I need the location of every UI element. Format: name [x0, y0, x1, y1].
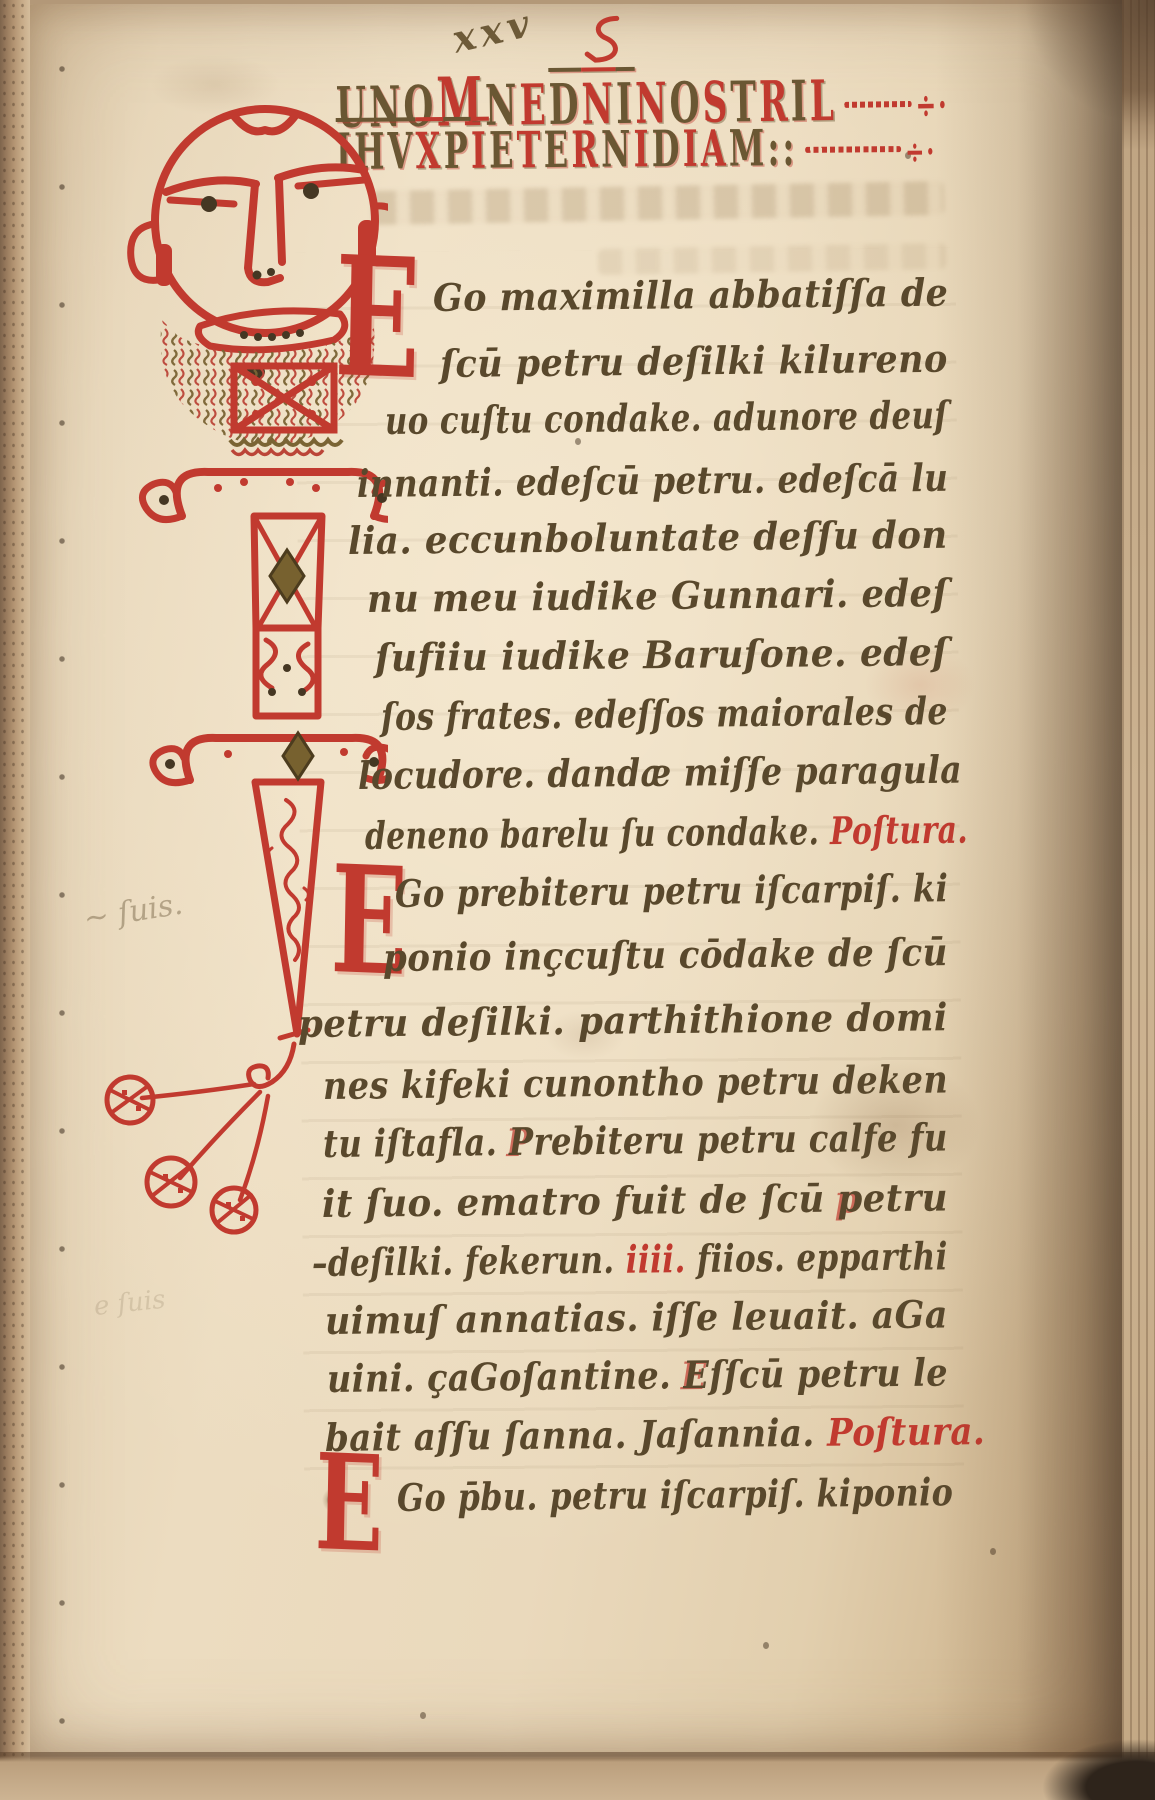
initial-letter-3: E	[314, 1452, 384, 1558]
text-segment: P	[509, 1119, 534, 1164]
text-line: ſcū petru deſilki kilureno	[440, 337, 948, 386]
text-segment: locudore. dandæ miſſe paragula	[358, 747, 963, 798]
text-segment: –deſilki. fekerun.	[312, 1237, 626, 1285]
marginal-annotation: e ſuis	[92, 1285, 166, 1322]
text-segment: ſos frates. edeſſos maiorales de	[381, 688, 948, 739]
text-line: –deſilki. fekerun. iiii. fiios. epparthi	[312, 1234, 948, 1285]
text-segment: rebiteru petru calfe fu	[533, 1114, 948, 1163]
adjacent-page-edge	[1122, 0, 1155, 1800]
text-segment: petru deſilki. parthithione domi	[298, 994, 948, 1046]
text-segment: Go prebiteru petru iſcarpiſ. ki	[395, 865, 949, 916]
text-segment: deneno barelu ſu condake.	[365, 808, 830, 858]
text-segment: ſcū petru deſilki kilureno	[440, 336, 948, 386]
page-stack-edge-bottom	[0, 1752, 1155, 1800]
text-segment: Go p̄bu. petru iſcarpiſ. kiponio	[397, 1469, 954, 1520]
text-segment: ponio inçcuſtu cōdake de ſcū	[383, 929, 948, 980]
text-line: ſos frates. edeſſos maiorales de	[381, 689, 948, 739]
text-segment: it ſuo. ematro fuit de ſcū	[322, 1176, 838, 1226]
text-segment: uo cuſtu condake. adunore deuſ	[385, 392, 948, 443]
text-line: uimuſ annatias. iſſe leuait. aGa	[325, 1292, 948, 1343]
page-stack-edge-left	[0, 0, 30, 1800]
marginal-annotation: ~ ſuis.	[81, 887, 185, 937]
text-line: bait aſſu ſanna. Jaſannia. Poſtura.	[325, 1409, 986, 1460]
text-segment: ſufiiu iudike Baruſone. edeſ	[375, 629, 949, 680]
text-line: uini. çaGoſantine. Eſſcū petru le	[327, 1350, 948, 1401]
initial-letter-1: E	[334, 252, 422, 384]
page-corner-shadow	[1000, 0, 1155, 150]
text-segment: nes kifeki cunontho petru deken	[323, 1056, 949, 1108]
text-line: innanti. edeſcū petru. edeſcā lu	[357, 456, 949, 506]
text-segment: ſſcū petru le	[709, 1349, 948, 1396]
text-line: nes kifeki cunontho petru deken	[323, 1057, 949, 1108]
text-line: petru deſilki. parthithione domi	[298, 995, 948, 1046]
text-segment: p	[837, 1175, 863, 1220]
text-segment: bait aſſu ſanna. Jaſannia.	[325, 1410, 828, 1460]
text-line: it ſuo. ematro fuit de ſcū petru	[322, 1175, 948, 1226]
text-line: nu meu iudike Gunnari. edeſ	[367, 571, 949, 621]
text-segment: uini. çaGoſantine.	[327, 1352, 684, 1401]
text-line: Go p̄bu. petru iſcarpiſ. kiponio	[397, 1470, 954, 1520]
text-segment: iiii.	[625, 1236, 685, 1282]
text-line: ponio inçcuſtu cōdake de ſcū	[383, 930, 948, 980]
text-segment: nu meu iudike Gunnari. edeſ	[367, 570, 949, 621]
book-gutter-shadow	[935, 0, 1140, 1800]
text-line: Go prebiteru petru iſcarpiſ. ki	[395, 866, 949, 916]
text-segment: Go maximilla abbatiſſa de	[433, 270, 949, 320]
text-line: Go maximilla abbatiſſa de	[433, 271, 949, 320]
text-segment: E	[683, 1352, 709, 1397]
text-segment: uimuſ annatias. iſſe leuait. aGa	[325, 1291, 948, 1343]
binding-shadow-corner	[1030, 1736, 1155, 1800]
text-segment: innanti. edeſcū petru. edeſcā lu	[357, 455, 949, 506]
text-line: lia. eccunboluntate deſſu don	[348, 513, 948, 563]
text-line: deneno barelu ſu condake. Poſtura.	[365, 808, 969, 858]
text-segment: fiios. epparthi	[685, 1233, 948, 1281]
text-line: locudore. dandæ miſſe paragula	[358, 748, 963, 798]
text-segment: tu iſtafla.	[323, 1119, 509, 1166]
manuscript-scan: xxv UNOMNE DNI NOSTRIL÷· IHV XPI ETERNID…	[0, 0, 1155, 1800]
text-segment: lia. eccunboluntate deſſu don	[348, 512, 948, 563]
text-line: ſufiiu iudike Baruſone. edeſ	[375, 630, 949, 680]
text-line: tu iſtafla. Prebiteru petru calfe fu	[323, 1115, 948, 1166]
text-line: uo cuſtu condake. adunore deuſ	[385, 393, 948, 443]
